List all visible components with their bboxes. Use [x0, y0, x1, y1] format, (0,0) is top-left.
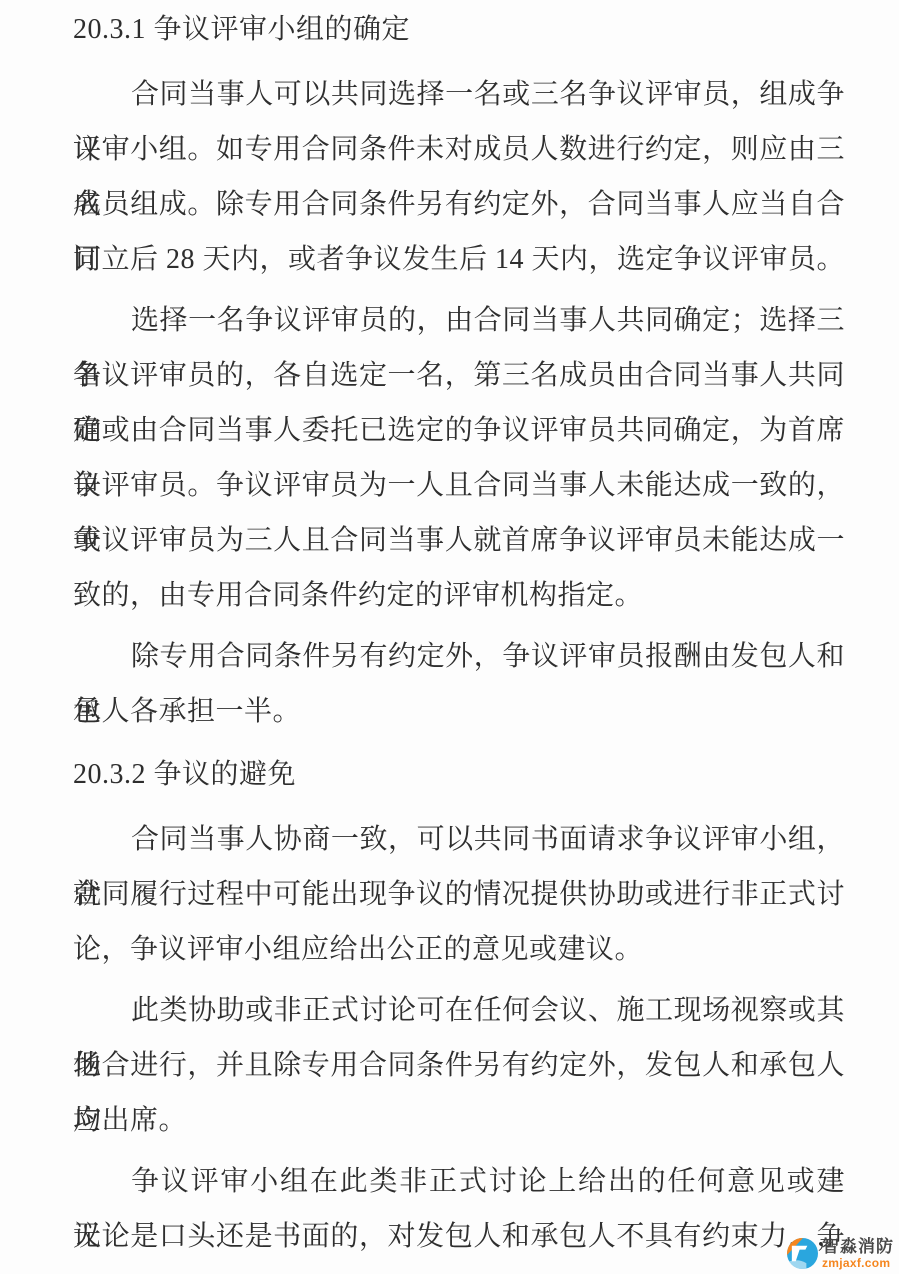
text-line: 议评审员。争议评审员为一人且合同当事人未能达成一致的，或: [73, 458, 845, 513]
text-line: 争议评审小组在此类非正式讨论上给出的任何意见或建议，: [73, 1154, 845, 1209]
text-line: 争议评审员的，各自选定一名，第三名成员由合同当事人共同确: [73, 348, 845, 403]
text-line: 应出席。: [73, 1093, 845, 1148]
brand-name: 智淼消防: [822, 1238, 894, 1255]
text-line: 争议评审员为三人且合同当事人就首席争议评审员未能达成一: [73, 513, 845, 568]
text-line: 评审小组。如专用合同条件未对成员人数进行约定，则应由三名: [73, 122, 845, 177]
paragraph: 此类协助或非正式讨论可在任何会议、施工现场视察或其他 场合进行，并且除专用合同条…: [73, 983, 845, 1148]
watermark-text: 智淼消防 zmjaxf.com: [822, 1238, 894, 1269]
text-line: 除专用合同条件另有约定外，争议评审员报酬由发包人和承: [73, 629, 845, 684]
brand-url: zmjaxf.com: [822, 1257, 894, 1269]
paragraph: 除专用合同条件另有约定外，争议评审员报酬由发包人和承 包人各承担一半。: [73, 629, 845, 739]
brand-logo-icon: [787, 1238, 818, 1269]
section-heading: 20.3.2 争议的避免: [73, 747, 845, 802]
paragraph: 争议评审小组在此类非正式讨论上给出的任何意见或建议， 无论是口头还是书面的，对发…: [73, 1154, 845, 1264]
text-line: 订立后 28 天内，或者争议发生后 14 天内，选定争议评审员。: [73, 232, 845, 287]
text-line: 场合进行，并且除专用合同条件另有约定外，发包人和承包人均: [73, 1038, 845, 1093]
text-line: 无论是口头还是书面的，对发包人和承包人不具有约束力，争议: [73, 1209, 845, 1264]
text-line: 定或由合同当事人委托已选定的争议评审员共同确定，为首席争: [73, 403, 845, 458]
text-line: 包人各承担一半。: [73, 684, 845, 739]
section-heading: 20.3.1 争议评审小组的确定: [73, 2, 845, 57]
text-line: 此类协助或非正式讨论可在任何会议、施工现场视察或其他: [73, 983, 845, 1038]
watermark: 智淼消防 zmjaxf.com: [787, 1238, 894, 1269]
text-line: 选择一名争议评审员的，由合同当事人共同确定；选择三名: [73, 293, 845, 348]
text-line: 论，争议评审小组应给出公正的意见或建议。: [73, 922, 845, 977]
text-line: 合同履行过程中可能出现争议的情况提供协助或进行非正式讨: [73, 867, 845, 922]
paragraph: 合同当事人可以共同选择一名或三名争议评审员，组成争议 评审小组。如专用合同条件未…: [73, 67, 845, 287]
text-line: 合同当事人协商一致，可以共同书面请求争议评审小组，就: [73, 812, 845, 867]
text-line: 合同当事人可以共同选择一名或三名争议评审员，组成争议: [73, 67, 845, 122]
paragraph: 选择一名争议评审员的，由合同当事人共同确定；选择三名 争议评审员的，各自选定一名…: [73, 293, 845, 623]
document-page: 20.3.1 争议评审小组的确定 合同当事人可以共同选择一名或三名争议评审员，组…: [0, 0, 899, 1264]
text-line: 成员组成。除专用合同条件另有约定外，合同当事人应当自合同: [73, 177, 845, 232]
text-line: 致的，由专用合同条件约定的评审机构指定。: [73, 568, 845, 623]
paragraph: 合同当事人协商一致，可以共同书面请求争议评审小组，就 合同履行过程中可能出现争议…: [73, 812, 845, 977]
